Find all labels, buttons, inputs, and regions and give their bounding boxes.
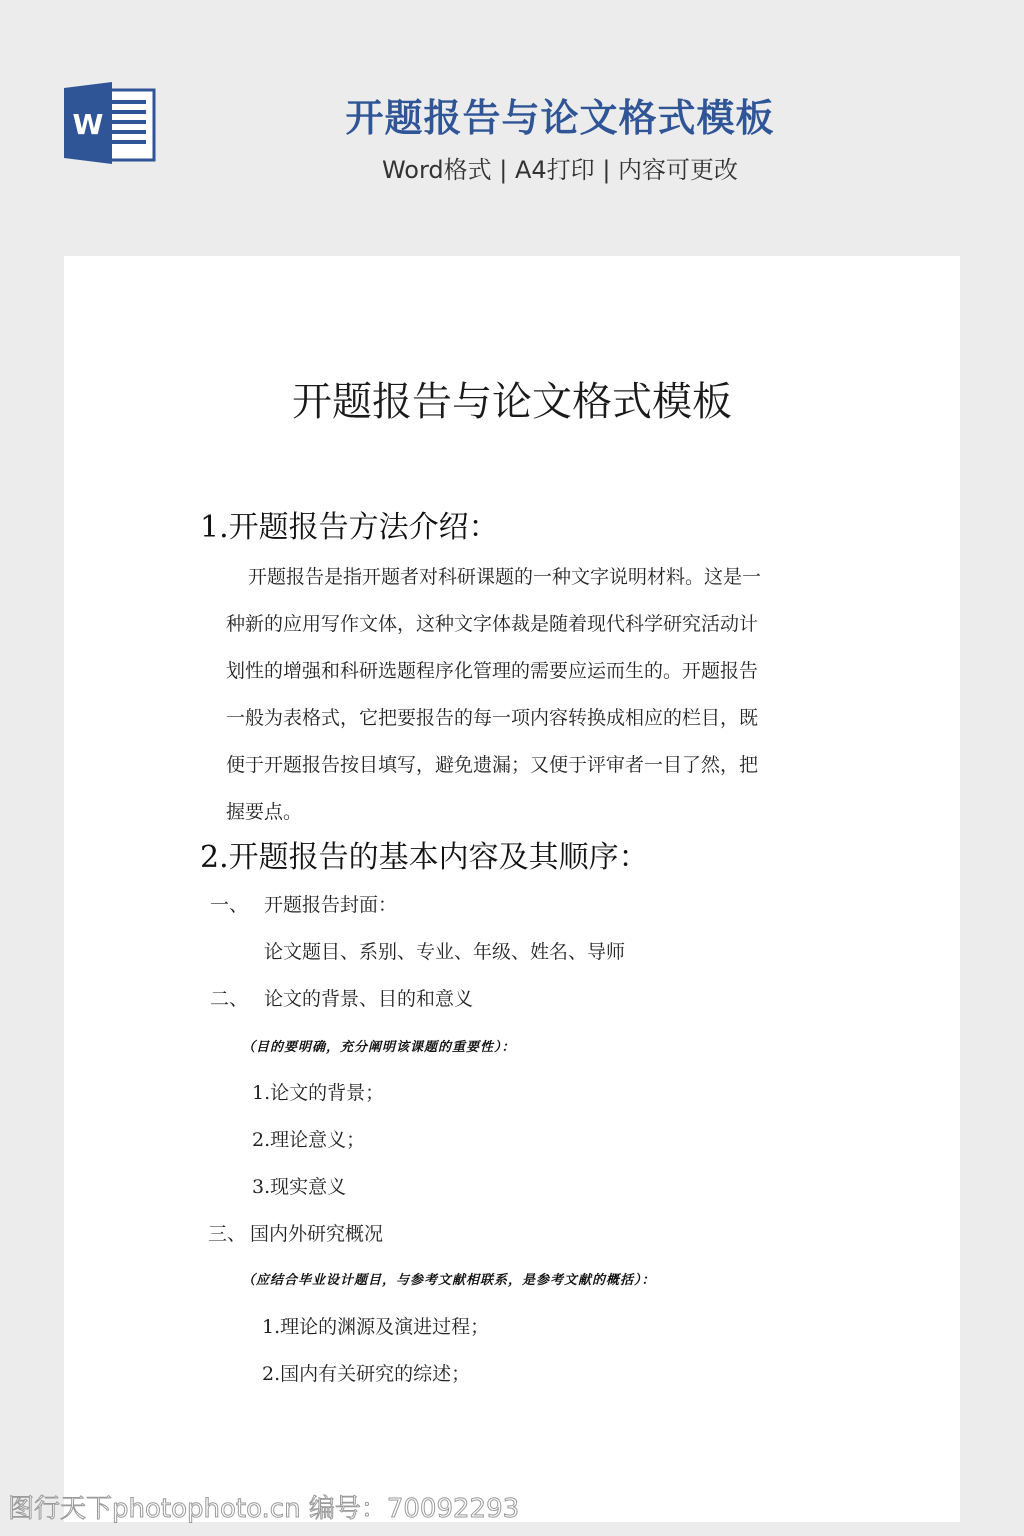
section-1-heading: 1.开题报告方法介绍： [200,508,499,548]
paragraph-line: 一般为表格式，它把要报告的每一项内容转换成相应的栏目，既 [226,703,758,733]
paragraph-line: 种新的应用写作文体，这种文字体裁是随着现代科学研究活动计 [226,609,758,639]
paragraph-line: 握要点。 [226,797,302,827]
item-1-label: 开题报告封面： [264,890,397,920]
item-2-subitem: 1.论文的背景； [252,1078,384,1108]
item-1-marker: 一、 [210,890,248,920]
document-title: 开题报告与论文格式模板 [64,374,960,430]
banner-subtitle: Word格式 | A4打印 | 内容可更改 [300,152,820,188]
item-3-label: 国内外研究概况 [250,1219,383,1249]
item-2-subitem: 3.现实意义 [252,1172,346,1202]
banner: W 开题报告与论文格式模板 Word格式 | A4打印 | 内容可更改 [0,0,1024,256]
item-1-detail: 论文题目、系别、专业、年级、姓名、导师 [264,937,625,967]
item-3-marker: 三、 [208,1219,246,1249]
paragraph-line: 开题报告是指开题者对科研课题的一种文字说明材料。这是一 [248,562,761,592]
item-3-note: （应结合毕业设计题目，与参考文献相联系，是参考文献的概括）： [242,1269,656,1293]
item-3-subitem: 1.理论的渊源及演进过程； [262,1312,489,1342]
watermark: 图行天下photophoto.cn 编号：70092293 [8,1492,519,1526]
item-2-subitem: 2.理论意义； [252,1125,365,1155]
banner-title: 开题报告与论文格式模板 [300,92,820,144]
item-2-marker: 二、 [210,984,248,1014]
item-2-label: 论文的背景、目的和意义 [264,984,473,1014]
word-document-icon: W [64,82,156,164]
item-3-subitem: 2.国内有关研究的综述； [262,1359,470,1389]
document-page: 开题报告与论文格式模板 1.开题报告方法介绍： 开题报告是指开题者对科研课题的一… [64,256,960,1522]
section-2-heading: 2.开题报告的基本内容及其顺序： [200,838,649,878]
item-2-note: （目的要明确，充分阐明该课题的重要性）： [242,1036,516,1060]
paragraph-line: 划性的增强和科研选题程序化管理的需要应运而生的。开题报告 [226,656,758,686]
paragraph-line: 便于开题报告按目填写，避免遗漏；又便于评审者一目了然，把 [226,750,758,780]
svg-text:W: W [73,108,104,141]
